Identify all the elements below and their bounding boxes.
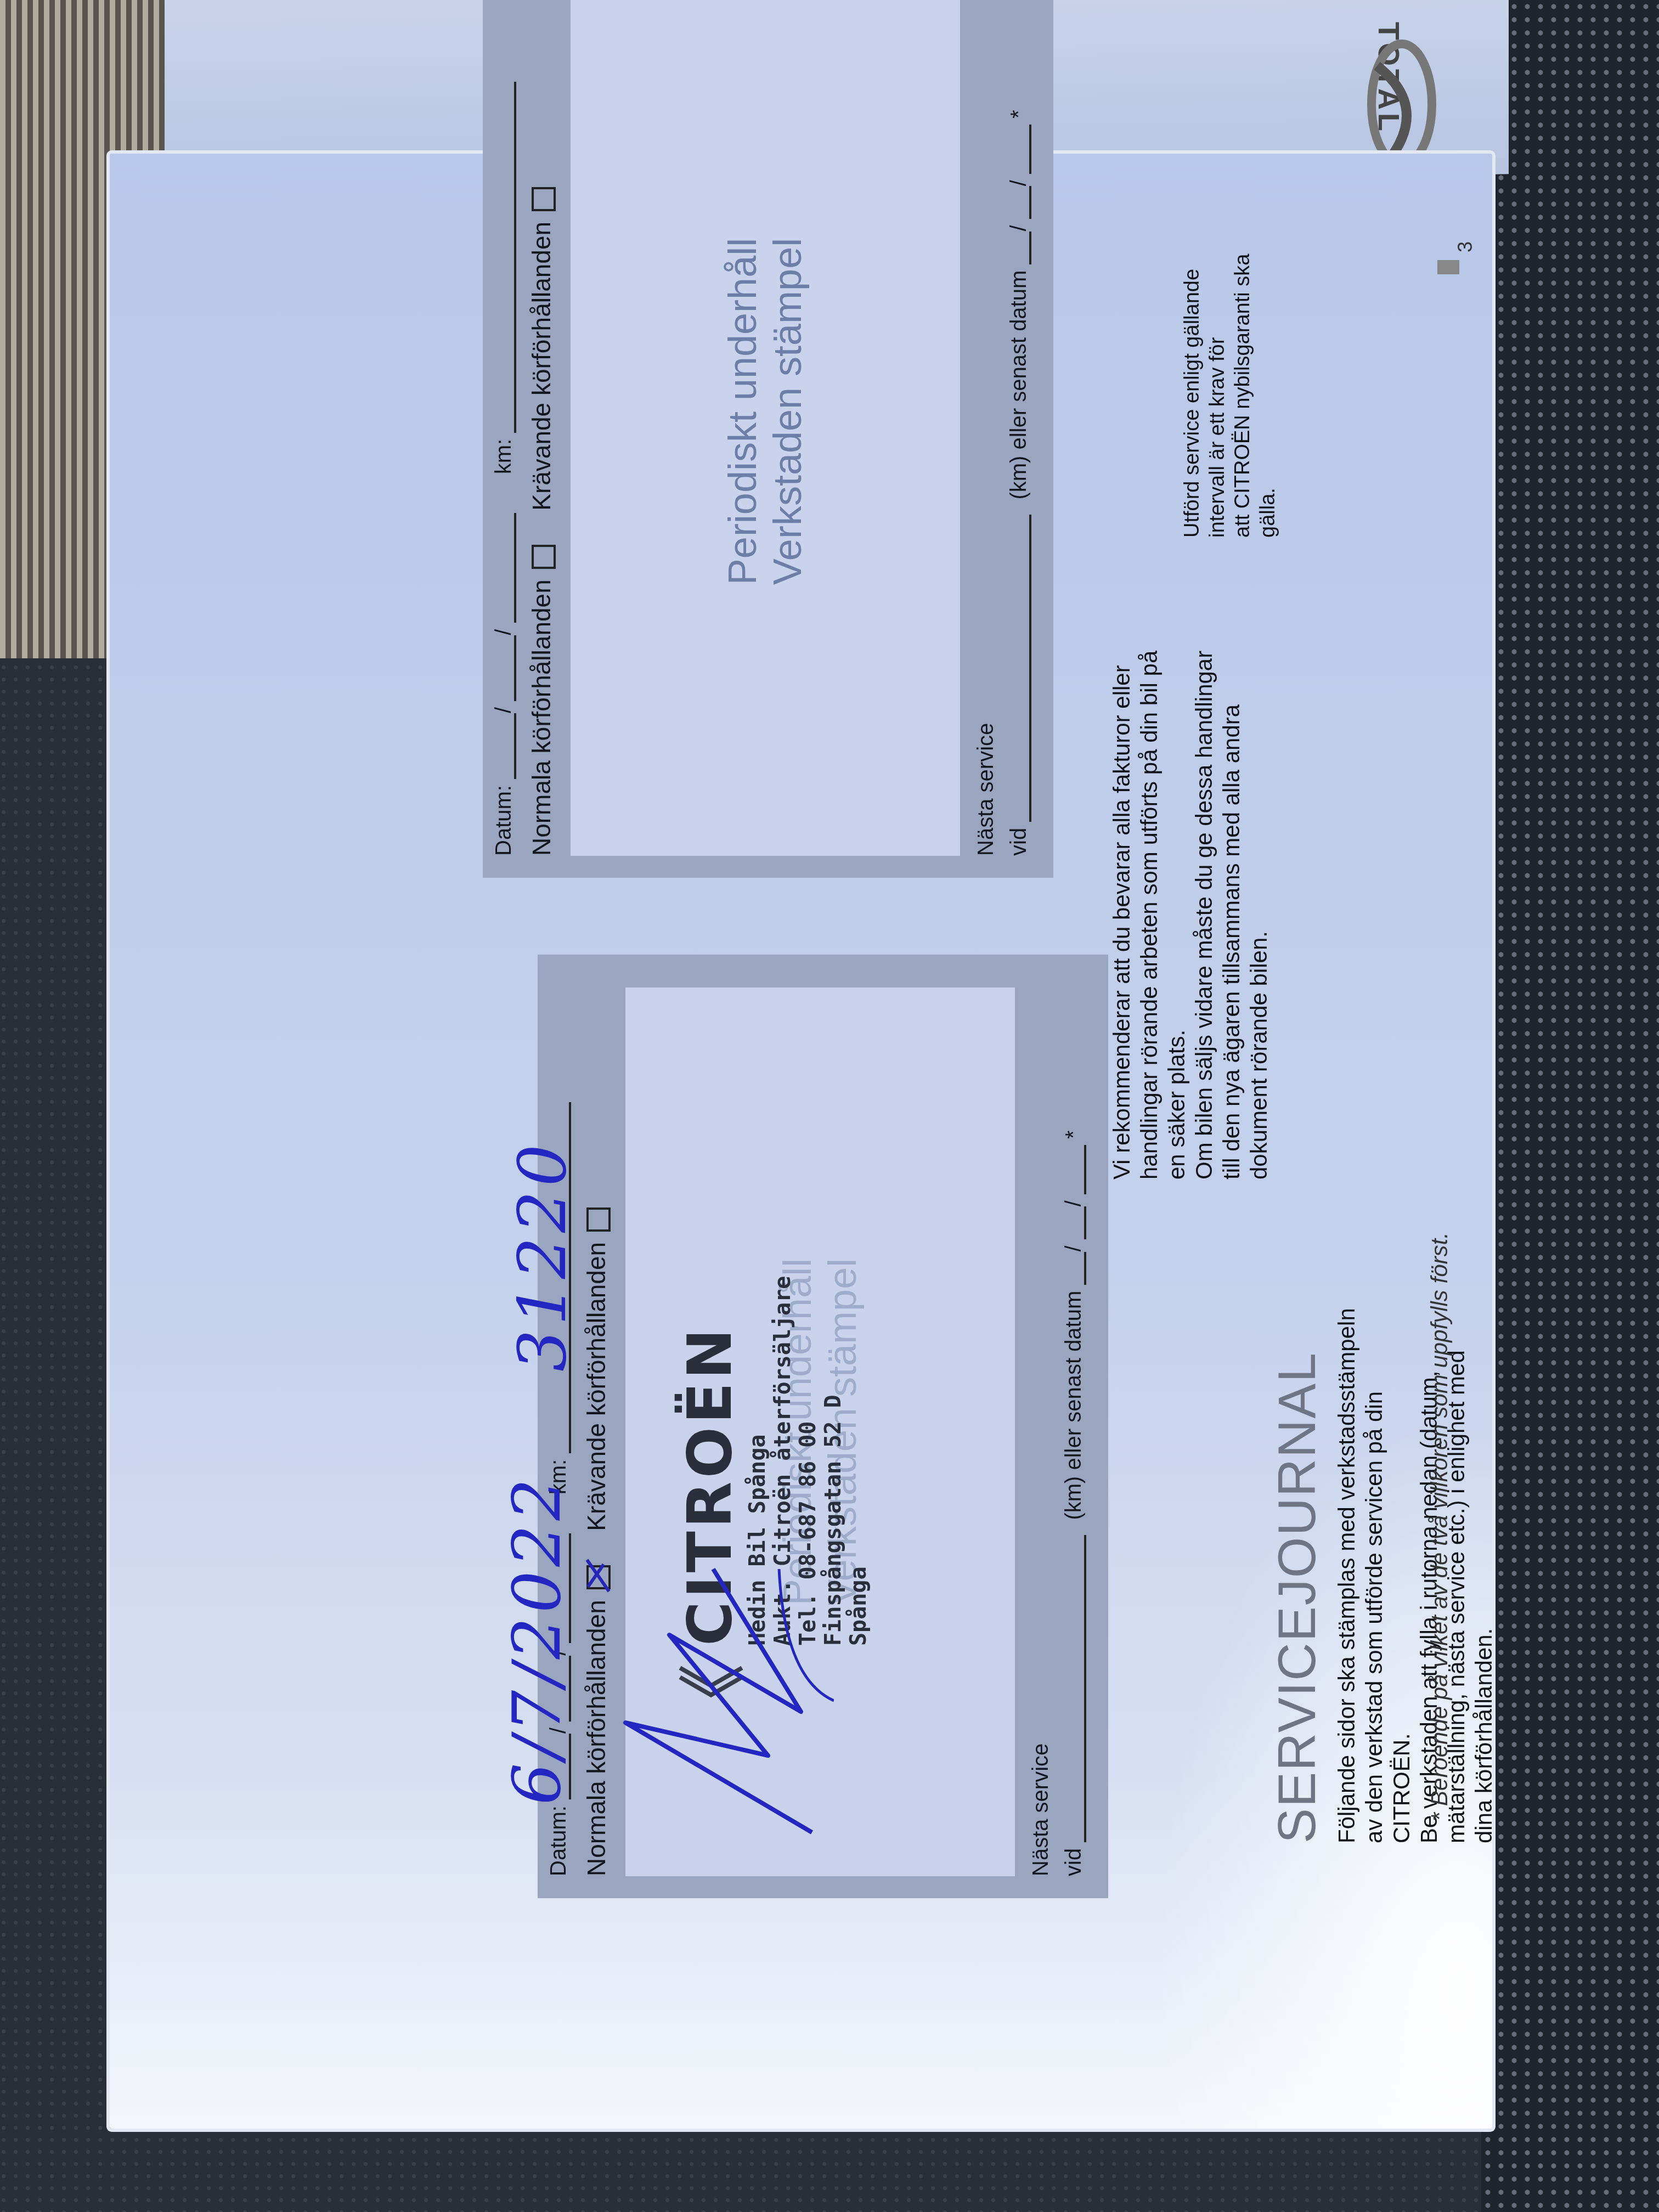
km-or-date-label: (km) eller senast datum <box>1062 1291 1086 1520</box>
service-entry-1: Datum: / / km: 6/7/2022 31220 Normala kö… <box>538 955 1108 1898</box>
datum-month-field[interactable] <box>495 635 516 701</box>
page-number: 3 <box>1454 241 1477 252</box>
next-service-km-field[interactable] <box>1065 1535 1086 1842</box>
stamp-line: Spånga <box>846 1276 871 1646</box>
page-title: SERVICEJOURNAL <box>1267 1352 1328 1843</box>
recommend-line: Vi rekommenderar att du bevarar alla fak… <box>1108 565 1136 1180</box>
stamp-placeholder-line: Periodiskt underhåll <box>720 0 765 856</box>
page-marker <box>1437 260 1459 274</box>
footnote: * Beroende på vilket av de två villkoren… <box>1426 1232 1453 1821</box>
service-entry-2: Datum: / / km: Normala körförhållanden K… <box>483 0 1053 878</box>
demanding-conditions-label: Krävande körförhållanden <box>582 1242 611 1531</box>
recommend-line: en säker plats. <box>1163 565 1190 1180</box>
demanding-conditions-checkbox[interactable] <box>586 1207 611 1232</box>
intro-line: Följande sidor ska stämplas med verkstad… <box>1333 1196 1361 1843</box>
date-separator: / <box>492 629 516 635</box>
conditions-row: Normala körförhållanden Krävande körförh… <box>527 187 556 856</box>
recommend-line: handlingar rörande arbeten som utförts p… <box>1136 565 1163 1180</box>
recommend-line: till den nya ägaren tillsammans med alla… <box>1218 565 1245 1180</box>
guarantee-line: att CITROËN nybilsgaranti ska gälla. <box>1230 208 1280 538</box>
next-service-month-field[interactable] <box>1011 186 1031 219</box>
next-service-label: Nästa service <box>1029 1743 1053 1876</box>
date-separator: / <box>1062 1245 1086 1251</box>
stamp-placeholder: Periodiskt underhåll Verkstaden stämpel <box>720 0 810 856</box>
intro-text: Följande sidor ska stämplas med verkstad… <box>1333 1196 1498 1843</box>
intro-line: CITROËN. <box>1388 1196 1415 1843</box>
guarantee-line: Utförd service enligt gällande intervall… <box>1180 208 1230 538</box>
demanding-conditions-label: Krävande körförhållanden <box>527 222 556 511</box>
next-service-year-field[interactable] <box>1065 1145 1086 1194</box>
workshop-stamp-area: Periodiskt underhåll Verkstaden stämpel … <box>625 988 1015 1876</box>
km-label: km: <box>492 439 516 474</box>
next-service-row: vid (km) eller senast datum / / * <box>1007 110 1031 856</box>
intro-line: dina körförhållanden. <box>1470 1196 1498 1843</box>
vid-label: vid <box>1062 1848 1086 1876</box>
seat-fabric <box>1481 0 1659 2212</box>
recommend-line: Om bilen säljs vidare måste du ge dessa … <box>1190 565 1218 1180</box>
next-service-day-field[interactable] <box>1011 232 1031 264</box>
datum-label: Datum: <box>492 785 516 856</box>
date-km-row: Datum: / / km: <box>492 82 516 856</box>
datum-year-field[interactable] <box>495 513 516 623</box>
intro-line: av den verkstad som utförde servicen på … <box>1361 1196 1388 1843</box>
handwritten-km: 31220 <box>505 1140 581 1372</box>
demanding-conditions-checkbox[interactable] <box>532 187 556 211</box>
km-field[interactable] <box>495 82 516 433</box>
recommendation-text: Vi rekommenderar att du bevarar alla fak… <box>1108 565 1273 1180</box>
km-or-date-label: (km) eller senast datum <box>1007 270 1031 500</box>
asterisk: * <box>1062 1130 1086 1139</box>
date-separator: / <box>492 707 516 713</box>
handwritten-date: 6/7/2022 <box>499 1474 575 1805</box>
date-separator: / <box>1007 225 1031 231</box>
guarantee-text: Utförd service enligt gällande intervall… <box>1180 208 1280 538</box>
datum-label: Datum: <box>546 1805 571 1876</box>
datum-day-field[interactable] <box>495 713 516 779</box>
signature <box>603 1558 834 1843</box>
date-separator: / <box>1062 1200 1086 1206</box>
next-service-day-field[interactable] <box>1065 1252 1086 1285</box>
asterisk: * <box>1007 110 1031 119</box>
next-service-label: Nästa service <box>974 723 998 856</box>
next-service-row: vid (km) eller senast datum / / * <box>1062 1130 1086 1876</box>
date-separator: / <box>1007 180 1031 186</box>
workshop-stamp-area: Periodiskt underhåll Verkstaden stämpel <box>571 0 960 856</box>
recommend-line: dokument rörande bilen. <box>1245 565 1273 1180</box>
normal-conditions-checkbox[interactable] <box>532 545 556 569</box>
vid-label: vid <box>1007 828 1031 856</box>
normal-conditions-label: Normala körförhållanden <box>527 579 556 856</box>
stamp-placeholder-line: Verkstaden stämpel <box>765 0 810 856</box>
next-service-month-field[interactable] <box>1065 1206 1086 1239</box>
next-service-km-field[interactable] <box>1011 515 1031 822</box>
next-service-year-field[interactable] <box>1011 125 1031 174</box>
service-journal-page: SERVICEJOURNAL Följande sidor ska stämpl… <box>110 154 1492 2129</box>
